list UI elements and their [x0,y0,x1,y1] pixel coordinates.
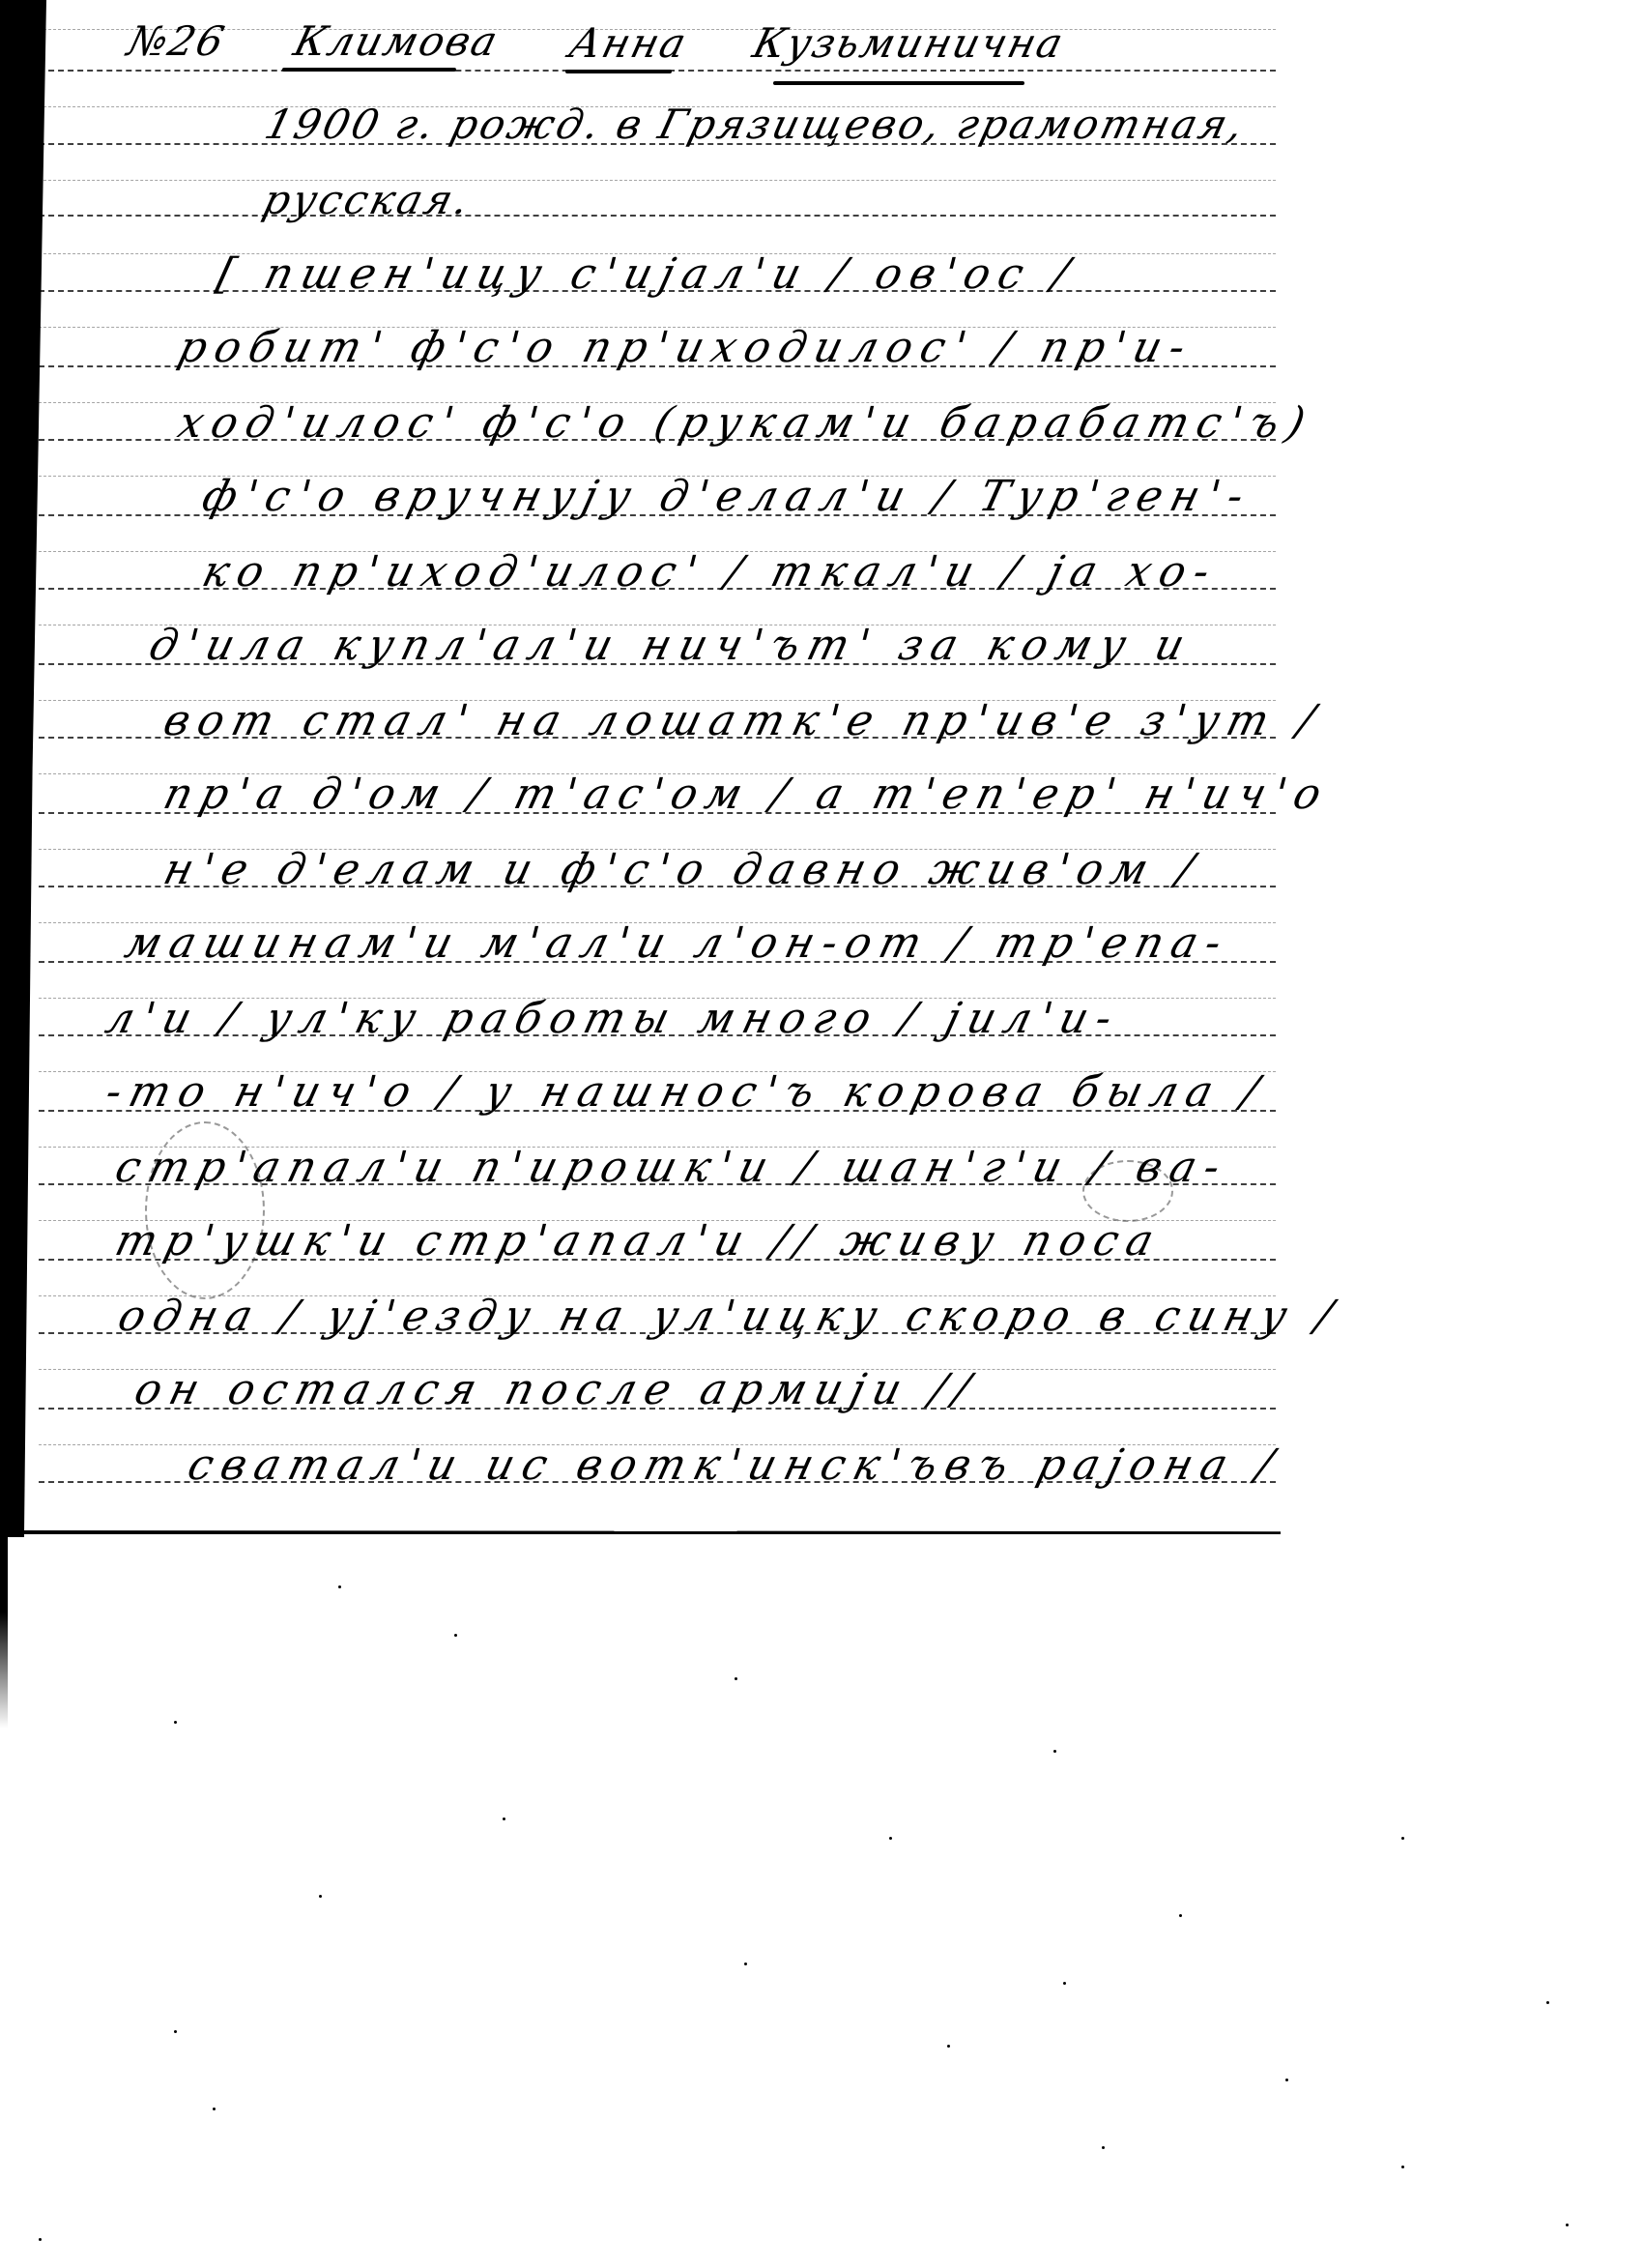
transcription-line: л'и / ул'ку работы много / јил'и- [101,998,1125,1040]
transcription-line: -то н'ич'о / у нашнос'ъ корова была / [101,1071,1271,1114]
informant-surname: Климова [290,21,503,62]
transcription-line: стр'апал'и п'ирошк'и / шан'г'и / ва- [111,1147,1233,1189]
transcription-line: он остался после армији // [130,1369,983,1411]
transcription-line: вот стал' на лошатк'е пр'ив'е з'ут / [159,700,1327,742]
scanned-page: №26 Климова Анна Кузьминична 1900 г. рож… [0,0,1643,2268]
informant-birth-line: 1900 г. рожд. в Грязищево, грамотная, [261,104,1250,145]
patronymic-underline [773,81,1024,85]
transcription-line: сватал'и ис вотк'инск'ъвъ рајона / [184,1444,1285,1487]
notebook-sheet: №26 Климова Анна Кузьминична 1900 г. рож… [0,0,1281,1535]
transcription-line: ф'с'о вручнују д'елал'и / Тур'ген'- [198,476,1256,518]
transcription-line: тр'ушк'и стр'апал'и // живу поса [111,1220,1167,1263]
transcription-line: [ пшен'ицу с'ијал'и / ов'ос / [213,253,1081,296]
transcription-line: машинам'и м'ал'и л'он-от / тр'епа- [121,922,1234,965]
sheet-bottom-edge [19,1530,1281,1534]
transcription-line: ход'илос' ф'с'о (рукам'и барабатс'ъ) [174,402,1317,445]
transcription-line: пр'а д'ом / т'ас'ом / а т'еп'ер' н'ич'о [159,773,1334,816]
first-name-underline [565,70,672,73]
transcription-line: д'ила купл'ал'и нич'ът' за кому и [145,625,1197,667]
pencil-mark [1082,1160,1173,1222]
transcription-line: робит' ф'с'о пр'иходилос' / пр'и- [174,327,1198,369]
informant-nationality: русская. [259,180,476,220]
transcription-line: н'е д'елам и ф'с'о давно жив'ом / [159,849,1206,891]
informant-first-name: Анна [565,23,692,64]
binding-gutter-tail [0,1535,8,1729]
transcription-line: ко пр'иход'илос' / ткал'и / ја хо- [198,551,1223,594]
transcription-line: одна / уј'езду на ул'ицку скоро в сину / [114,1295,1345,1338]
entry-number: №26 [124,21,230,62]
surname-underline [282,68,456,72]
pencil-mark [145,1121,265,1299]
informant-patronymic: Кузьминична [749,23,1069,64]
